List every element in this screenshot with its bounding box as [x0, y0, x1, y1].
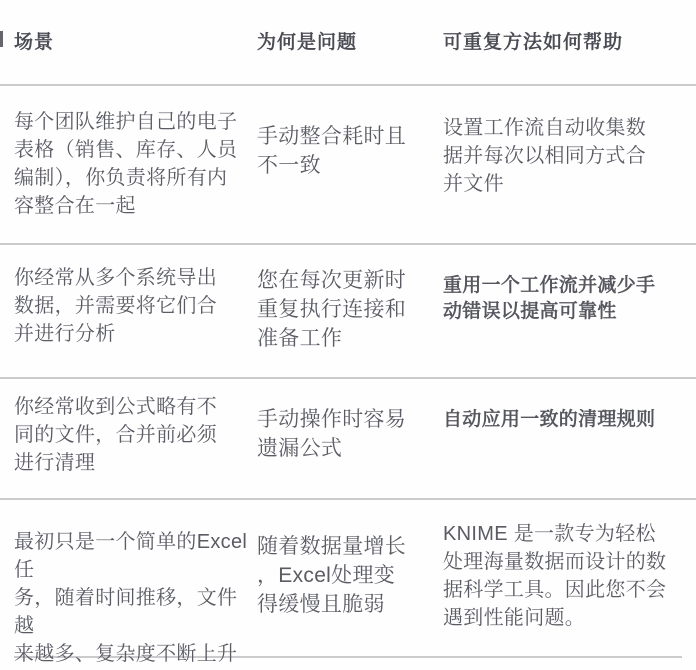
table-row: 你经常收到公式略有不 同的文件，合并前必须 进行清理 手动操作时容易 遗漏公式 … [0, 377, 696, 498]
cell-scenario: 你经常收到公式略有不 同的文件，合并前必须 进行清理 [14, 393, 248, 477]
cell-how-helps: 设置工作流自动收集数 据并每次以相同方式合 并文件 [443, 114, 682, 198]
table-row: 每个团队维护自己的电子 表格（销售、库存、人员 编制），你负责将所有内 容整合在… [0, 84, 696, 243]
left-edge-artifact [0, 31, 3, 47]
cell-scenario: 每个团队维护自己的电子 表格（销售、库存、人员 编制），你负责将所有内 容整合在… [14, 108, 248, 220]
cell-why-problem: 手动操作时容易 遗漏公式 [257, 405, 429, 463]
cell-scenario: 最初只是一个简单的Excel任 务，随着时间推移，文件越 来越多、复杂度不断上升 [14, 528, 248, 668]
column-header-why-problem: 为何是问题 [257, 27, 443, 54]
cell-how-helps: 自动应用一致的清理规则 [443, 407, 682, 433]
column-header-scenario: 场景 [14, 27, 257, 54]
cell-why-problem: 手动整合耗时且 不一致 [257, 122, 429, 180]
table-row: 最初只是一个简单的Excel任 务，随着时间推移，文件越 来越多、复杂度不断上升… [0, 498, 696, 656]
comparison-table-page: 场景 为何是问题 可重复方法如何帮助 每个团队维护自己的电子 表格（销售、库存、… [0, 0, 696, 670]
cell-how-helps: 重用一个工作流并减少手 动错误以提高可靠性 [443, 273, 682, 325]
cell-why-problem: 您在每次更新时 重复执行连接和 准备工作 [257, 266, 429, 353]
cell-how-helps: KNIME 是一款专为轻松 处理海量数据而设计的数 据科学工具。因此您不会 遇到… [443, 520, 682, 632]
table-header-row: 场景 为何是问题 可重复方法如何帮助 [0, 0, 696, 84]
column-header-how-helps: 可重复方法如何帮助 [443, 27, 682, 54]
cell-scenario: 你经常从多个系统导出 数据，并需要将它们合 并进行分析 [14, 264, 248, 348]
table-row: 你经常从多个系统导出 数据，并需要将它们合 并进行分析 您在每次更新时 重复执行… [0, 243, 696, 377]
cell-why-problem: 随着数据量增长 ，Excel处理变 得缓慢且脆弱 [257, 532, 429, 619]
